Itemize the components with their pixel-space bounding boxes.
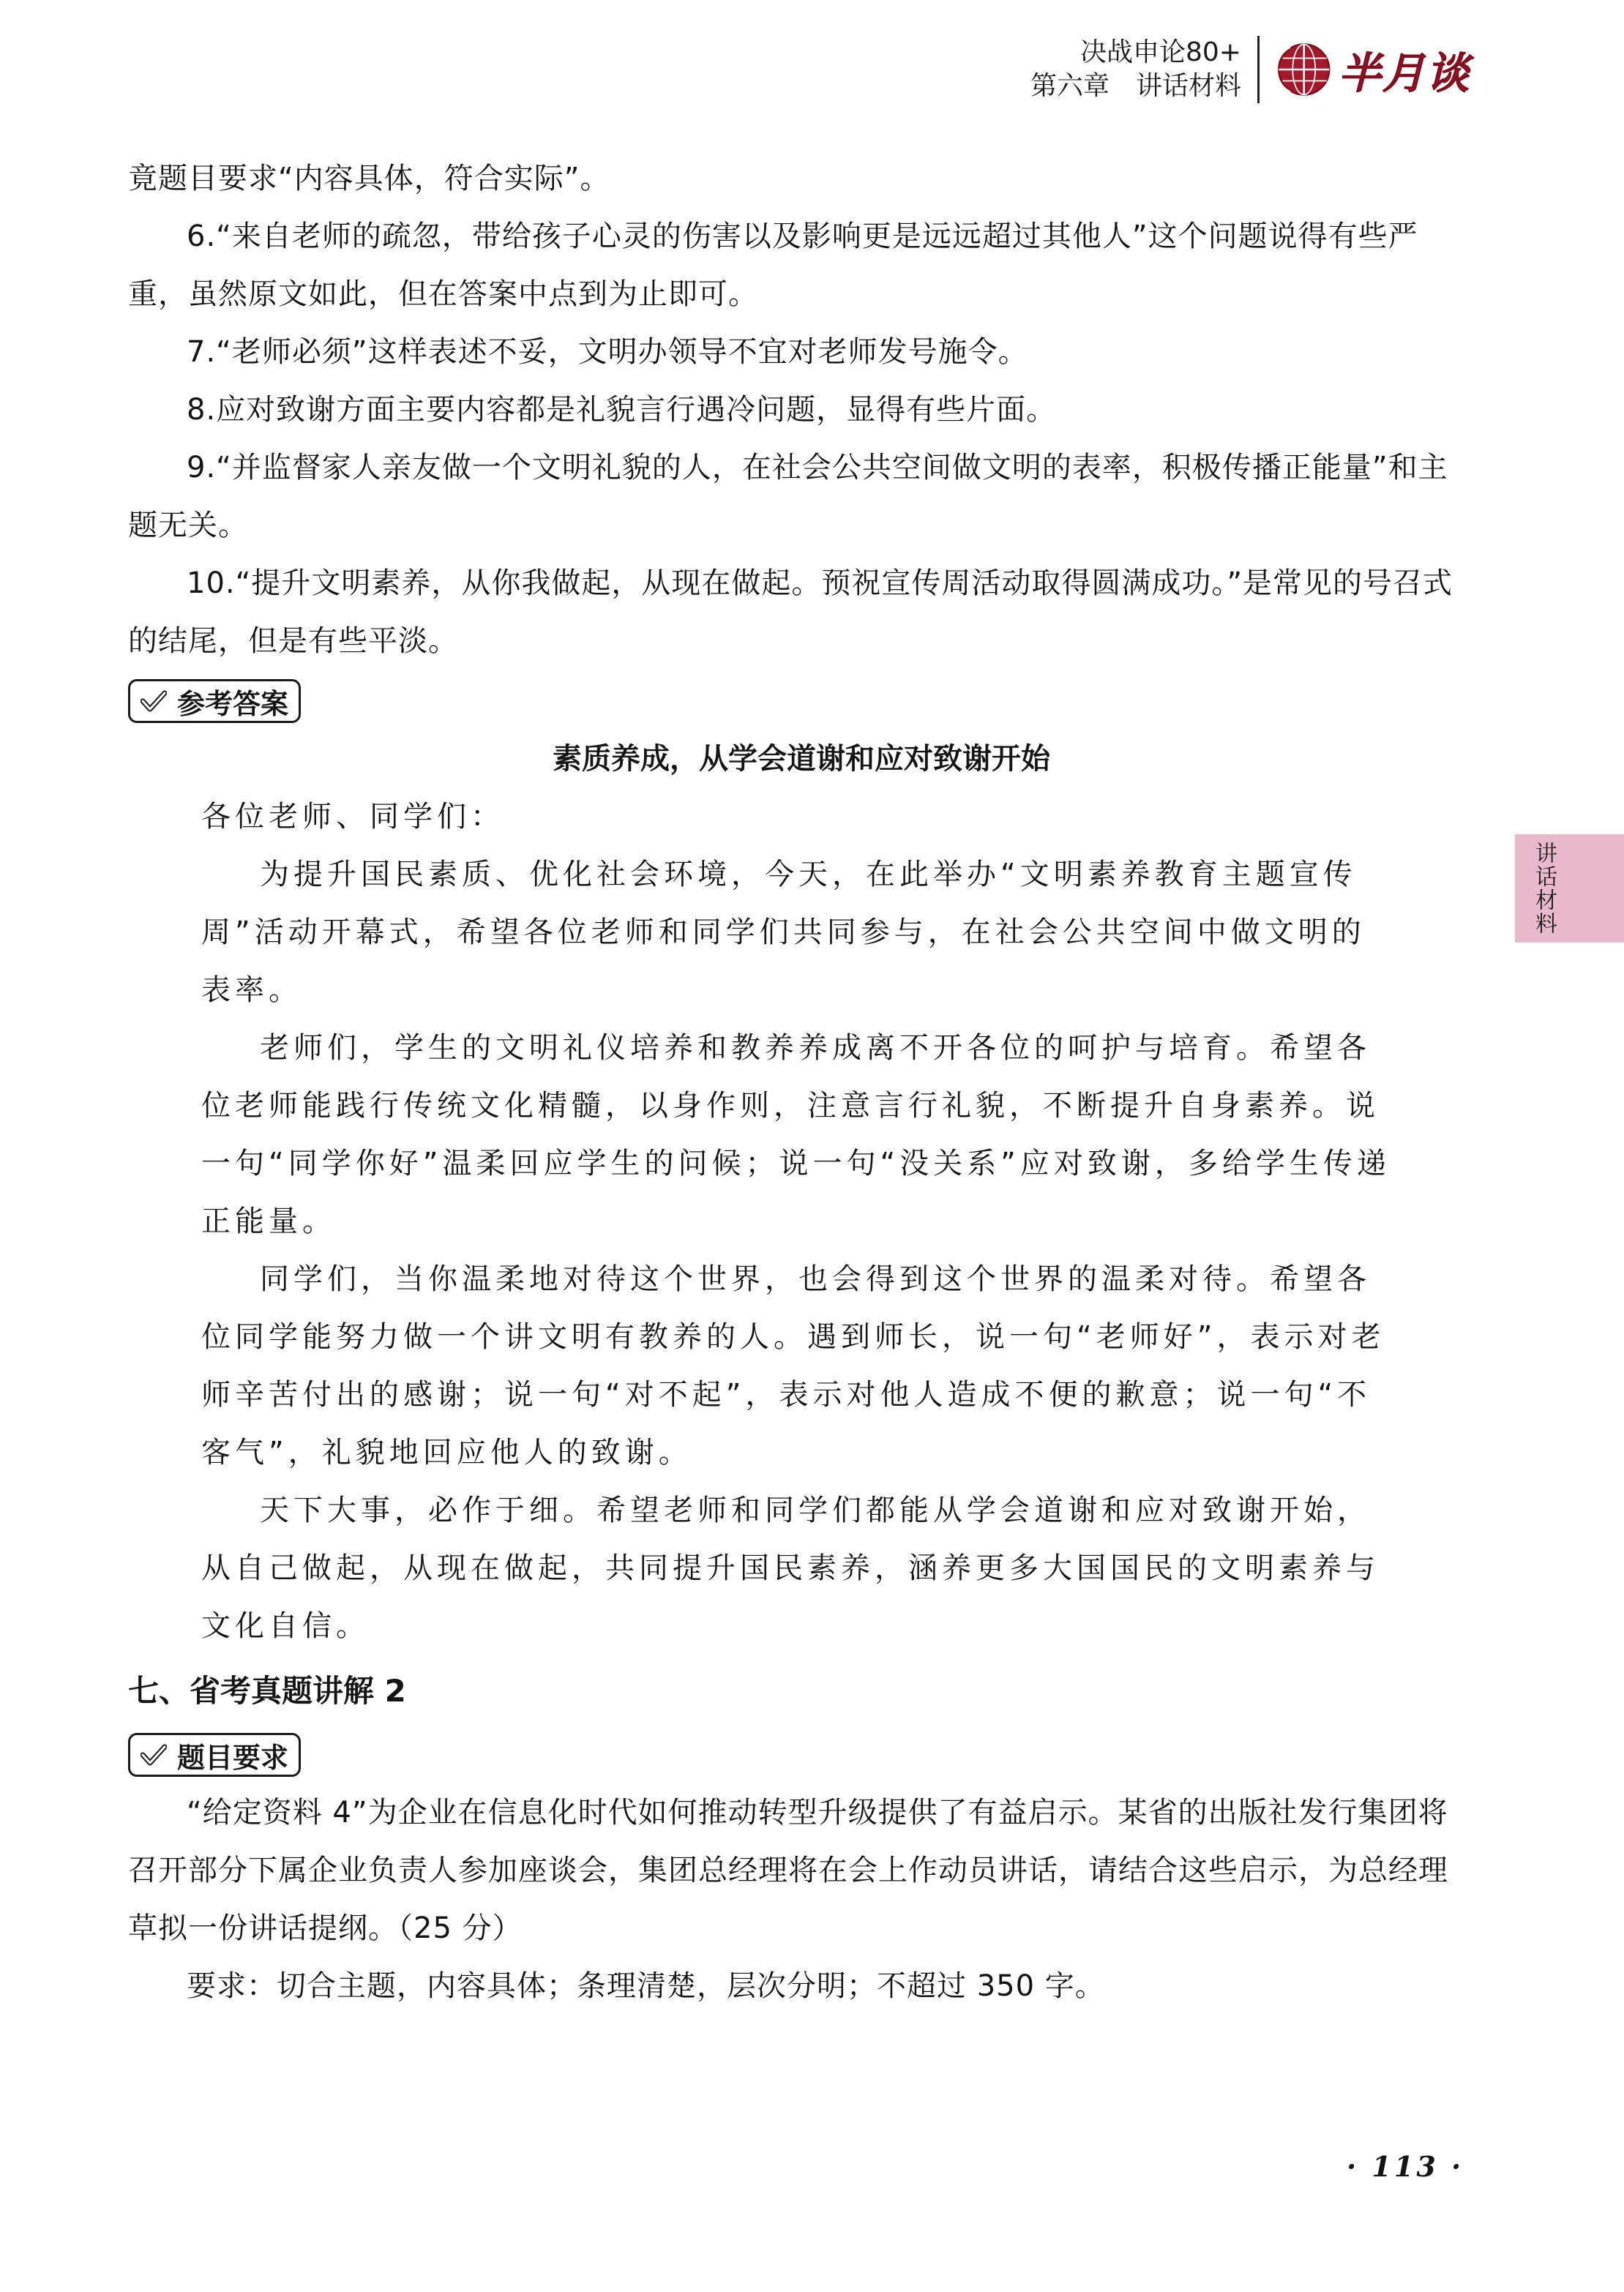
checkmark-icon	[141, 1744, 167, 1766]
note-paragraph: 6.“来自老师的疏忽，带给孩子心灵的伤害以及影响更是远远超过其他人”这个问题说得…	[128, 208, 1475, 323]
speech-paragraph: 为提升国民素质、优化社会环境，今天，在此举办“文明素养教育主题宣传周”活动开幕式…	[201, 846, 1394, 1019]
analysis-notes: 竟题目要求“内容具体，符合实际”。 6.“来自老师的疏忽，带给孩子心灵的伤害以及…	[128, 150, 1475, 670]
checkmark-icon	[141, 690, 167, 712]
question-text: “给定资料 4”为企业在信息化时代如何推动转型升级提供了有益启示。某省的出版社发…	[128, 1784, 1475, 1958]
reference-answer-badge: 参考答案	[128, 679, 301, 723]
question-requirement-badge: 题目要求	[128, 1733, 301, 1777]
side-tab-label: 讲话材料	[1531, 842, 1556, 935]
note-paragraph: 竟题目要求“内容具体，符合实际”。	[128, 150, 1475, 208]
speech-paragraph: 同学们，当你温柔地对待这个世界，也会得到这个世界的温柔对待。希望各位同学能努力做…	[201, 1251, 1394, 1482]
chapter-side-tab: 讲话材料	[1515, 834, 1624, 943]
page-header: 决战申论80+ 第六章 讲话材料 半月谈	[1030, 29, 1470, 110]
page-number: · 113 ·	[1347, 2150, 1464, 2183]
note-paragraph: 10.“提升文明素养，从你我做起，从现在做起。预祝宣传周活动取得圆满成功。”是常…	[128, 555, 1475, 670]
badge-label: 参考答案	[177, 681, 288, 722]
badge-label: 题目要求	[177, 1735, 288, 1775]
header-divider	[1257, 36, 1260, 103]
note-paragraph: 7.“老师必须”这样表述不妥，文明办领导不宜对老师发号施令。	[128, 323, 1475, 381]
speech-paragraph: 老师们，学生的文明礼仪培养和教养养成离不开各位的呵护与培育。希望各位老师能践行传…	[201, 1019, 1394, 1251]
globe-icon	[1271, 38, 1334, 101]
brand-logo: 半月谈	[1271, 38, 1470, 101]
brand-name: 半月谈	[1339, 39, 1470, 100]
speech-salutation: 各位老师、同学们：	[201, 788, 1394, 846]
running-header: 决战申论80+ 第六章 讲话材料	[1030, 36, 1257, 103]
speech-paragraph: 天下大事，必作于细。希望老师和同学们都能从学会道谢和应对致谢开始，从自己做起，从…	[201, 1482, 1394, 1655]
question-requirements: 要求：切合主题，内容具体；条理清楚，层次分明；不超过 350 字。	[128, 1958, 1475, 2015]
note-paragraph: 9.“并监督家人亲友做一个文明礼貌的人，在社会公共空间做文明的表率，积极传播正能…	[128, 439, 1475, 555]
chapter-title: 第六章 讲话材料	[1030, 70, 1241, 103]
note-paragraph: 8.应对致谢方面主要内容都是礼貌言行遇冷问题，显得有些片面。	[128, 381, 1475, 439]
section-heading: 七、省考真题讲解 2	[128, 1658, 1475, 1724]
book-title: 决战申论80+	[1030, 36, 1241, 70]
speech-body: 各位老师、同学们： 为提升国民素质、优化社会环境，今天，在此举办“文明素养教育主…	[128, 788, 1475, 1655]
answer-title: 素质养成，从学会道谢和应对致谢开始	[128, 730, 1475, 788]
page-content: 竟题目要求“内容具体，符合实际”。 6.“来自老师的疏忽，带给孩子心灵的伤害以及…	[128, 150, 1475, 2015]
